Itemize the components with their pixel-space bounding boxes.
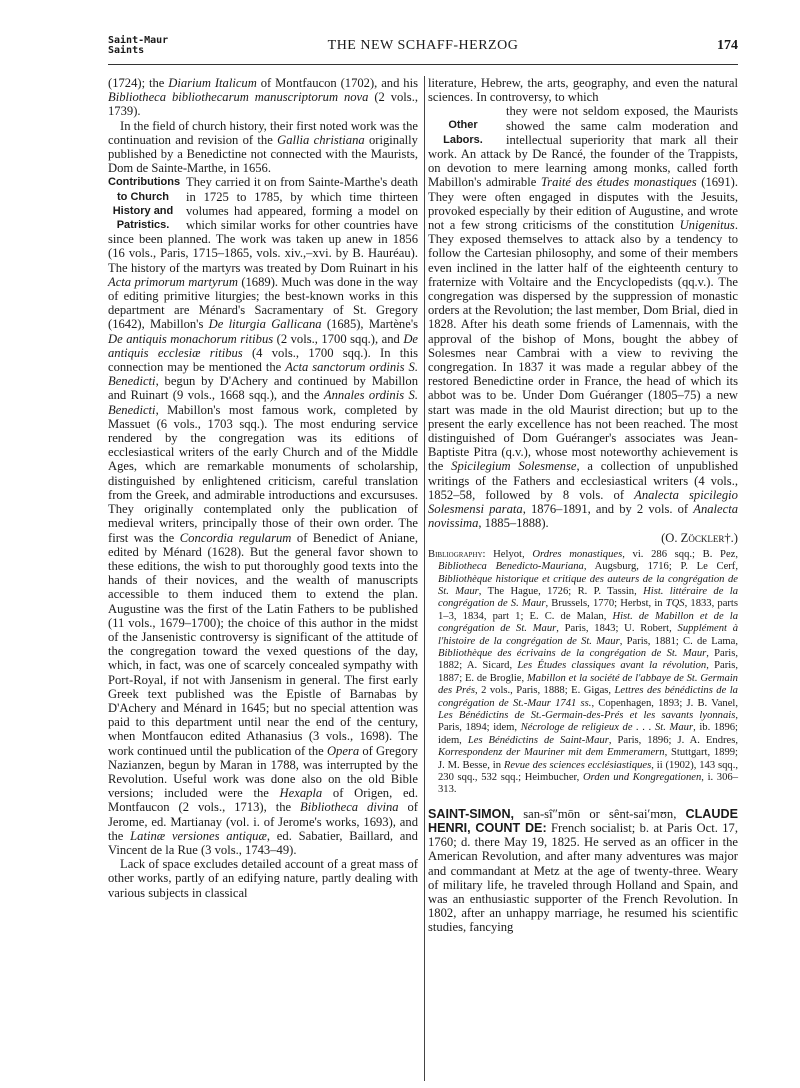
paragraph: In the field of church history, their fi…	[108, 119, 418, 176]
entry-heading: SAINT-SIMON,	[428, 807, 514, 821]
page: Saint-Maur Saints THE NEW SCHAFF-HERZOG …	[108, 36, 738, 68]
paragraph: They carried it on from Sainte-Marthe's …	[108, 175, 418, 857]
header-rule	[108, 64, 738, 65]
encyclopedia-entry: SAINT-SIMON, san-sî″mōn or sênt-sai′mʊn,…	[428, 807, 738, 935]
side-heading-church-history: Contributions to Church History and Patr…	[108, 175, 178, 232]
publication-title: THE NEW SCHAFF-HERZOG	[108, 38, 738, 54]
column-divider	[424, 76, 425, 1081]
paragraph: literature, Hebrew, the arts, geography,…	[428, 76, 738, 104]
right-column: literature, Hebrew, the arts, geography,…	[428, 76, 738, 935]
entry-pronunciation: san-sî″mōn or sênt-sai′mʊn,	[514, 807, 685, 821]
page-header: Saint-Maur Saints THE NEW SCHAFF-HERZOG …	[108, 36, 738, 68]
left-column: (1724); the Diarium Italicum of Montfauc…	[108, 76, 418, 900]
bibliography-text: Helyot, Ordres monastiques, vi. 286 sqq.…	[438, 549, 738, 796]
entry-body: French socialist; b. at Paris Oct. 17, 1…	[428, 821, 738, 934]
author-signature: (O. Zöckler†.)	[428, 531, 738, 545]
bibliography-label: Bibliography:	[428, 549, 485, 560]
side-heading-other-labors: Other Labors.	[428, 118, 498, 146]
paragraph: they were not seldom exposed, the Mauris…	[428, 104, 738, 530]
page-number: 174	[717, 38, 738, 54]
paragraph: Lack of space excludes detailed account …	[108, 857, 418, 900]
bibliography: Bibliography: Helyot, Ordres monastiques…	[428, 549, 738, 797]
paragraph: (1724); the Diarium Italicum of Montfauc…	[108, 76, 418, 119]
